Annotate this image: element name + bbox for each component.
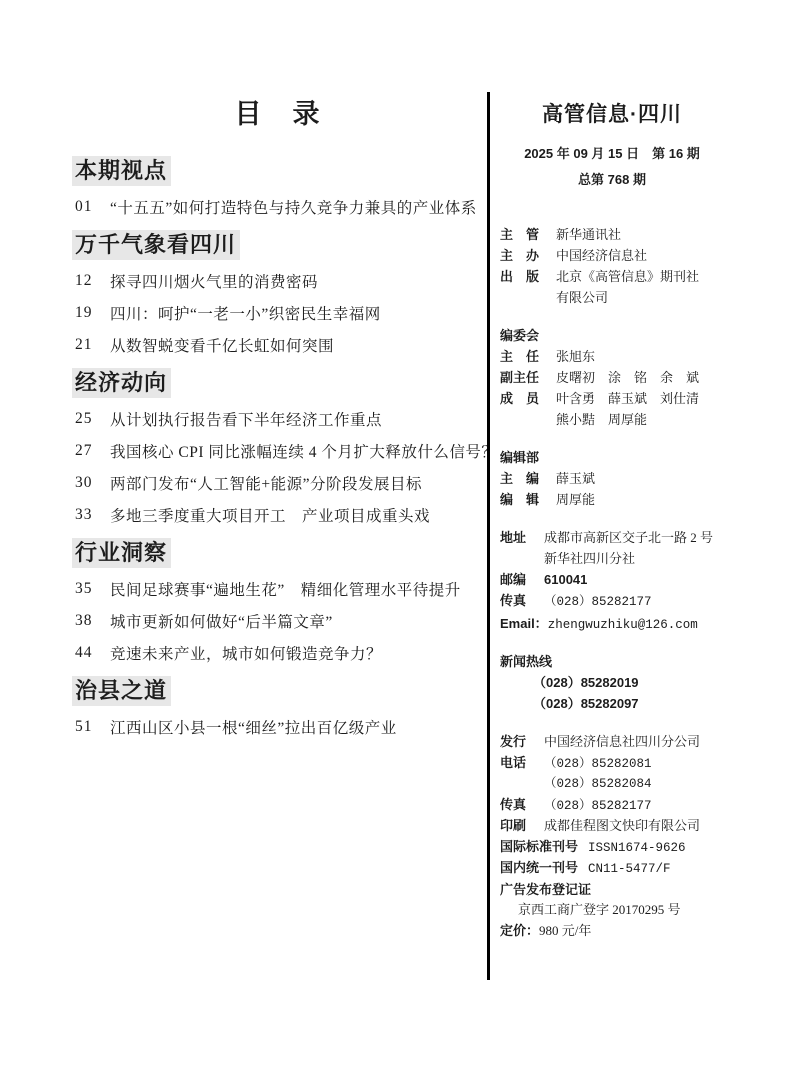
toc-section-header: 万千气象看四川 [72,230,481,260]
toc-item-page: 33 [75,506,110,524]
board-deputy-label: 副主任 [500,367,556,388]
toc-item: 25 从计划执行报告看下半年经济工作重点 [75,403,481,435]
chief-editor-label: 主 编 [500,468,556,489]
editorial-board-block: 编委会 主 任 张旭东 副主任 皮曙初 涂 铭 余 斌 成 员 叶含勇 薛玉斌 … [500,325,724,430]
organizer-label: 主 办 [500,245,556,266]
toc-title: 目 录 [75,96,481,132]
supervisor-value: 新华通讯社 [556,224,621,245]
supervisor-row: 主 管 新华通讯社 [500,224,724,245]
issue-date: 2025 年 09 月 15 日 第 16 期 [500,144,724,164]
supervisor-label: 主 管 [500,224,556,245]
toc-section-header: 行业洞察 [72,538,481,568]
toc-item-page: 51 [75,718,110,736]
distribution-label: 发行 [500,732,544,753]
toc-section-jingjidongxiang: 经济动向 25 从计划执行报告看下半年经济工作重点 27 我国核心 CPI 同比… [75,368,481,531]
toc-item: 01 “十五五”如何打造特色与持久竞争力兼具的产业体系 [75,191,481,223]
board-director-value: 张旭东 [556,346,595,367]
fax-label: 传真 [500,590,544,611]
phone-label: 电话 [500,753,544,774]
board-deputy-value: 皮曙初 涂 铭 余 斌 [556,367,699,388]
board-members-row: 成 员 叶含勇 薛玉斌 刘仕清 [500,388,724,409]
toc-item: 38 城市更新如何做好“后半篇文章” [75,605,481,637]
board-director-label: 主 任 [500,346,556,367]
publication-title: 高管信息·四川 [500,102,724,128]
publication-fax-value: （028）85282177 [544,796,652,817]
organizer-row: 主 办 中国经济信息社 [500,245,724,266]
toc-item-page: 25 [75,410,110,428]
toc-item-title: 从数智蜕变看千亿长虹如何突围 [110,334,334,356]
board-members-line1: 叶含勇 薛玉斌 刘仕清 [556,388,699,409]
hotline-number-1: （028）85282019 [500,672,724,693]
toc-item-page: 35 [75,580,110,598]
toc-item: 44 竞速未来产业，城市如何锻造竞争力？ [75,637,481,669]
toc-item-title: 我国核心 CPI 同比涨幅连续 4 个月扩大释放什么信号？ [110,440,497,462]
postcode-label: 邮编 [500,569,544,590]
toc-column: 目 录 本期视点 01 “十五五”如何打造特色与持久竞争力兼具的产业体系 万千气… [75,96,481,743]
toc-item-title: 四川：呵护“一老一小”织密民生幸福网 [110,302,381,324]
address-row: 地址 成都市高新区交子北一路 2 号 [500,527,724,548]
publisher-value-line1: 北京《高管信息》期刊社 [556,266,699,287]
postcode-value: 610041 [544,569,587,590]
toc-item-title: 两部门发布“人工智能+能源”分阶段发展目标 [110,472,422,494]
postcode-row: 邮编 610041 [500,569,724,590]
board-deputy-row: 副主任 皮曙初 涂 铭 余 斌 [500,367,724,388]
toc-item: 27 我国核心 CPI 同比涨幅连续 4 个月扩大释放什么信号？ [75,435,481,467]
cn-number-value: CN11-5477/F [588,859,671,880]
editorial-board-heading: 编委会 [500,325,724,346]
toc-item: 51 江西山区小县一根“细丝”拉出百亿级产业 [75,711,481,743]
publisher-row: 出 版 北京《高管信息》期刊社 [500,266,724,287]
board-members-label: 成 员 [500,388,556,409]
toc-section-title: 本期视点 [72,156,171,186]
toc-item-title: 城市更新如何做好“后半篇文章” [110,610,333,632]
phone-value-1: （028）85282081 [544,754,652,775]
masthead-column: 高管信息·四川 2025 年 09 月 15 日 第 16 期 总第 768 期… [500,102,724,941]
issn-row: 国际标准刊号 ISSN1674-9626 [500,837,724,859]
publication-fax-label: 传真 [500,795,544,816]
toc-section-title: 行业洞察 [72,538,171,568]
phone-row: 电话 （028）85282081 [500,753,724,775]
toc-item-title: 民间足球赛事“遍地生花” 精细化管理水平待提升 [110,578,461,600]
toc-item-page: 30 [75,474,110,492]
toc-item-page: 21 [75,336,110,354]
toc-item-title: 竞速未来产业，城市如何锻造竞争力？ [110,642,382,664]
distribution-value: 中国经济信息社四川分公司 [544,732,700,753]
toc-section-wanqianqixiang: 万千气象看四川 12 探寻四川烟火气里的消费密码 19 四川：呵护“一老一小”织… [75,230,481,361]
publisher-value-line2: 有限公司 [500,287,724,308]
chief-editor-row: 主 编 薛玉斌 [500,468,724,489]
phone-value-2: （028）85282084 [500,774,724,795]
toc-item: 19 四川：呵护“一老一小”织密民生幸福网 [75,297,481,329]
cn-number-label: 国内统一刊号 [500,858,578,879]
toc-section-zhixianzhidao: 治县之道 51 江西山区小县一根“细丝”拉出百亿级产业 [75,676,481,743]
contents-page: 目 录 本期视点 01 “十五五”如何打造特色与持久竞争力兼具的产业体系 万千气… [0,0,800,1086]
toc-item-page: 01 [75,198,110,216]
toc-item-page: 38 [75,612,110,630]
distribution-row: 发行 中国经济信息社四川分公司 [500,732,724,753]
toc-item: 30 两部门发布“人工智能+能源”分阶段发展目标 [75,467,481,499]
toc-section-title: 万千气象看四川 [72,230,240,260]
email-value: zhengwuzhiku@126.com [548,615,698,636]
publisher-label: 出 版 [500,266,556,287]
editorial-dept-block: 编辑部 主 编 薛玉斌 编 辑 周厚能 [500,447,724,510]
issn-value: ISSN1674-9626 [588,838,686,859]
publication-info-block: 发行 中国经济信息社四川分公司 电话 （028）85282081 （028）85… [500,732,724,941]
organizer-value: 中国经济信息社 [556,245,647,266]
printing-label: 印刷 [500,816,544,837]
editor-row: 编 辑 周厚能 [500,489,724,510]
editor-label: 编 辑 [500,489,556,510]
editor-value: 周厚能 [556,489,595,510]
toc-item-title: “十五五”如何打造特色与持久竞争力兼具的产业体系 [110,196,477,218]
ad-license-value: 京西工商广登字 20170295 号 [500,900,724,921]
address-label: 地址 [500,527,544,548]
toc-section-header: 经济动向 [72,368,481,398]
hotline-block: 新闻热线 （028）85282019 （028）85282097 [500,651,724,714]
toc-item: 33 多地三季度重大项目开工 产业项目成重头戏 [75,499,481,531]
toc-item: 21 从数智蜕变看千亿长虹如何突围 [75,329,481,361]
editorial-dept-heading: 编辑部 [500,447,724,468]
email-label: Email： [500,613,548,634]
toc-item: 35 民间足球赛事“遍地生花” 精细化管理水平待提升 [75,573,481,605]
cn-number-row: 国内统一刊号 CN11-5477/F [500,858,724,880]
toc-item: 12 探寻四川烟火气里的消费密码 [75,265,481,297]
column-divider-rule [487,92,490,980]
toc-item-page: 44 [75,644,110,662]
email-row: Email： zhengwuzhiku@126.com [500,613,724,636]
contact-block: 地址 成都市高新区交子北一路 2 号 新华社四川分社 邮编 610041 传真 … [500,527,724,636]
toc-item-page: 27 [75,442,110,460]
toc-section-hangyedongcha: 行业洞察 35 民间足球赛事“遍地生花” 精细化管理水平待提升 38 城市更新如… [75,538,481,669]
board-members-line2: 熊小黠 周厚能 [500,409,724,430]
fax-row: 传真 （028）85282177 [500,590,724,613]
toc-item-title: 多地三季度重大项目开工 产业项目成重头戏 [110,504,430,526]
chief-editor-value: 薛玉斌 [556,468,595,489]
publication-fax-row: 传真 （028）85282177 [500,795,724,817]
price-value: 980 元/年 [539,921,591,942]
toc-item-page: 12 [75,272,110,290]
hotline-number-2: （028）85282097 [500,693,724,714]
price-row: 定价： 980 元/年 [500,921,724,942]
printing-row: 印刷 成都佳程图文快印有限公司 [500,816,724,837]
toc-section-header: 本期视点 [72,156,481,186]
toc-item-title: 从计划执行报告看下半年经济工作重点 [110,408,382,430]
fax-value: （028）85282177 [544,592,652,613]
toc-section-header: 治县之道 [72,676,481,706]
toc-item-title: 江西山区小县一根“细丝”拉出百亿级产业 [110,716,397,738]
cumulative-issue-number: 总第 768 期 [500,170,724,190]
toc-section-title: 经济动向 [72,368,171,398]
address-line1: 成都市高新区交子北一路 2 号 [544,527,713,548]
hotline-heading: 新闻热线 [500,651,724,672]
ad-license-label: 广告发布登记证 [500,880,724,901]
publisher-block: 主 管 新华通讯社 主 办 中国经济信息社 出 版 北京《高管信息》期刊社 有限… [500,224,724,308]
toc-item-page: 19 [75,304,110,322]
price-label: 定价： [500,921,539,942]
address-line2: 新华社四川分社 [500,548,724,569]
printing-value: 成都佳程图文快印有限公司 [544,816,700,837]
toc-section-title: 治县之道 [72,676,171,706]
toc-item-title: 探寻四川烟火气里的消费密码 [110,270,318,292]
toc-section-benqishidian: 本期视点 01 “十五五”如何打造特色与持久竞争力兼具的产业体系 [75,156,481,223]
issn-label: 国际标准刊号 [500,837,578,858]
board-director-row: 主 任 张旭东 [500,346,724,367]
